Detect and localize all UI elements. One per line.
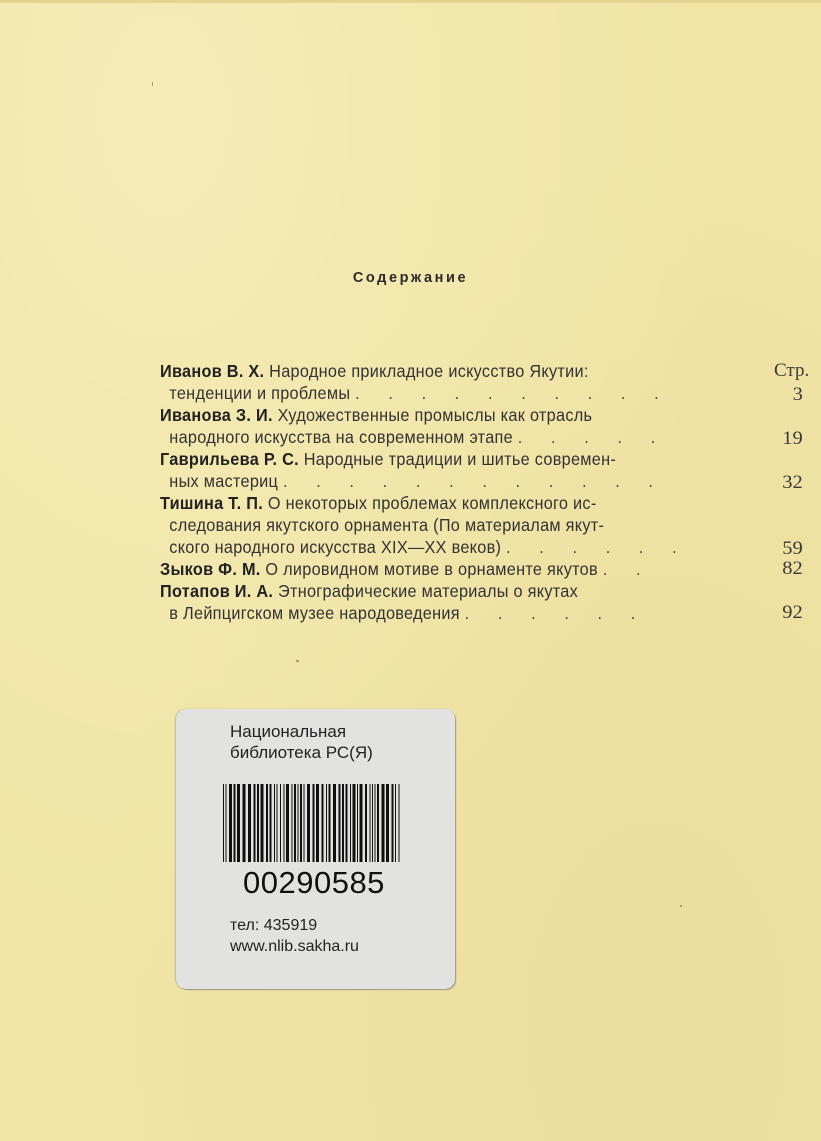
toc-entry-4-line-3: ского народного искусства XIX—XX веков) … <box>160 536 774 558</box>
toc-entry-title: следования якутского орнамента (По матер… <box>169 515 604 535</box>
toc-entry-title: тенденции и проблемы <box>169 383 350 403</box>
toc-entry-title: Этнографические материалы о якутах <box>273 581 578 601</box>
table-of-contents: Стр. Иванов В. Х. Народное прикладное ис… <box>160 360 820 624</box>
toc-entry-6-line-2: в Лейпцигском музее народоведения . . . … <box>160 602 774 624</box>
toc-entry-title: Народные традиции и шитье современ- <box>299 449 616 469</box>
page-heading: Содержание <box>0 270 821 286</box>
toc-entry-4-line-2: следования якутского орнамента (По матер… <box>160 514 774 536</box>
toc-entry-author: Зыков Ф. М. <box>160 559 261 579</box>
library-name-line-1: Национальная <box>230 722 346 742</box>
toc-entry-page[interactable]: 92 <box>782 602 803 624</box>
toc-entry-title: О лировидном мотиве в орнаменте якутов <box>261 559 598 579</box>
toc-entry-title: ных мастериц <box>169 471 278 491</box>
toc-entry-author: Потапов И. А. <box>160 581 273 601</box>
toc-entry-title: Художественные промыслы как отрасль <box>273 405 593 425</box>
toc-entry-title: О некоторых проблемах комплексного ис- <box>263 493 596 513</box>
leader-dots: . . . . . . <box>465 603 648 623</box>
library-name-line-2: библиотека РС(Я) <box>230 743 373 763</box>
leader-dots: . . <box>603 559 653 579</box>
toc-entry-title: ского народного искусства XIX—XX веков) <box>169 537 501 557</box>
toc-entry-title: Народное прикладное искусство Якутии: <box>264 361 588 381</box>
leader-dots: . . . . . <box>518 427 668 447</box>
toc-entry-page[interactable]: 3 <box>792 384 802 406</box>
page-column-header: Стр. <box>774 360 809 382</box>
toc-entry-title: народного искусства на современном этапе <box>169 427 513 447</box>
toc-entry-title: в Лейпцигском музее народоведения <box>169 603 460 623</box>
library-sticker: Национальная библиотека РС(Я) 00290585 т… <box>176 709 455 989</box>
toc-entry-page[interactable]: 32 <box>782 472 803 494</box>
barcode-number: 00290585 <box>243 865 385 901</box>
toc-entry-author: Гаврильева Р. С. <box>160 449 299 469</box>
toc-entry-3-line-1: Гаврильева Р. С. Народные традиции и шит… <box>160 448 774 470</box>
toc-entry-author: Тишина Т. П. <box>160 493 263 513</box>
leader-dots: . . . . . . . . . . <box>355 383 671 403</box>
toc-entry-1-line-2: тенденции и проблемы . . . . . . . . . . <box>160 382 774 404</box>
toc-entry-6-line-1: Потапов И. А. Этнографические материалы … <box>160 580 774 602</box>
toc-entry-page[interactable]: 59 <box>782 538 803 560</box>
toc-entry-5-line-1: Зыков Ф. М. О лировидном мотиве в орнаме… <box>160 558 774 580</box>
toc-entry-4-line-1: Тишина Т. П. О некоторых проблемах компл… <box>160 492 774 514</box>
toc-entry-page[interactable]: 82 <box>782 558 803 580</box>
toc-entry-1-line-1: Иванов В. Х. Народное прикладное искусст… <box>160 360 774 382</box>
toc-entry-page[interactable]: 19 <box>782 428 803 450</box>
leader-dots: . . . . . . <box>506 537 689 557</box>
toc-entry-3-line-2: ных мастериц . . . . . . . . . . . . <box>160 470 774 492</box>
toc-entry-2-line-2: народного искусства на современном этапе… <box>160 426 774 448</box>
leader-dots: . . . . . . . . . . . . <box>283 471 665 491</box>
toc-entry-author: Иванова З. И. <box>160 405 273 425</box>
paper-speck <box>296 660 299 662</box>
library-website[interactable]: www.nlib.sakha.ru <box>230 937 359 957</box>
toc-entry-2-line-1: Иванова З. И. Художественные промыслы ка… <box>160 404 774 426</box>
page-top-edge <box>0 0 821 3</box>
paper-speck <box>680 905 682 907</box>
barcode-icon <box>223 784 403 862</box>
library-phone: тел: 435919 <box>230 916 317 936</box>
paper-speck <box>152 82 153 86</box>
toc-entry-author: Иванов В. Х. <box>160 361 264 381</box>
